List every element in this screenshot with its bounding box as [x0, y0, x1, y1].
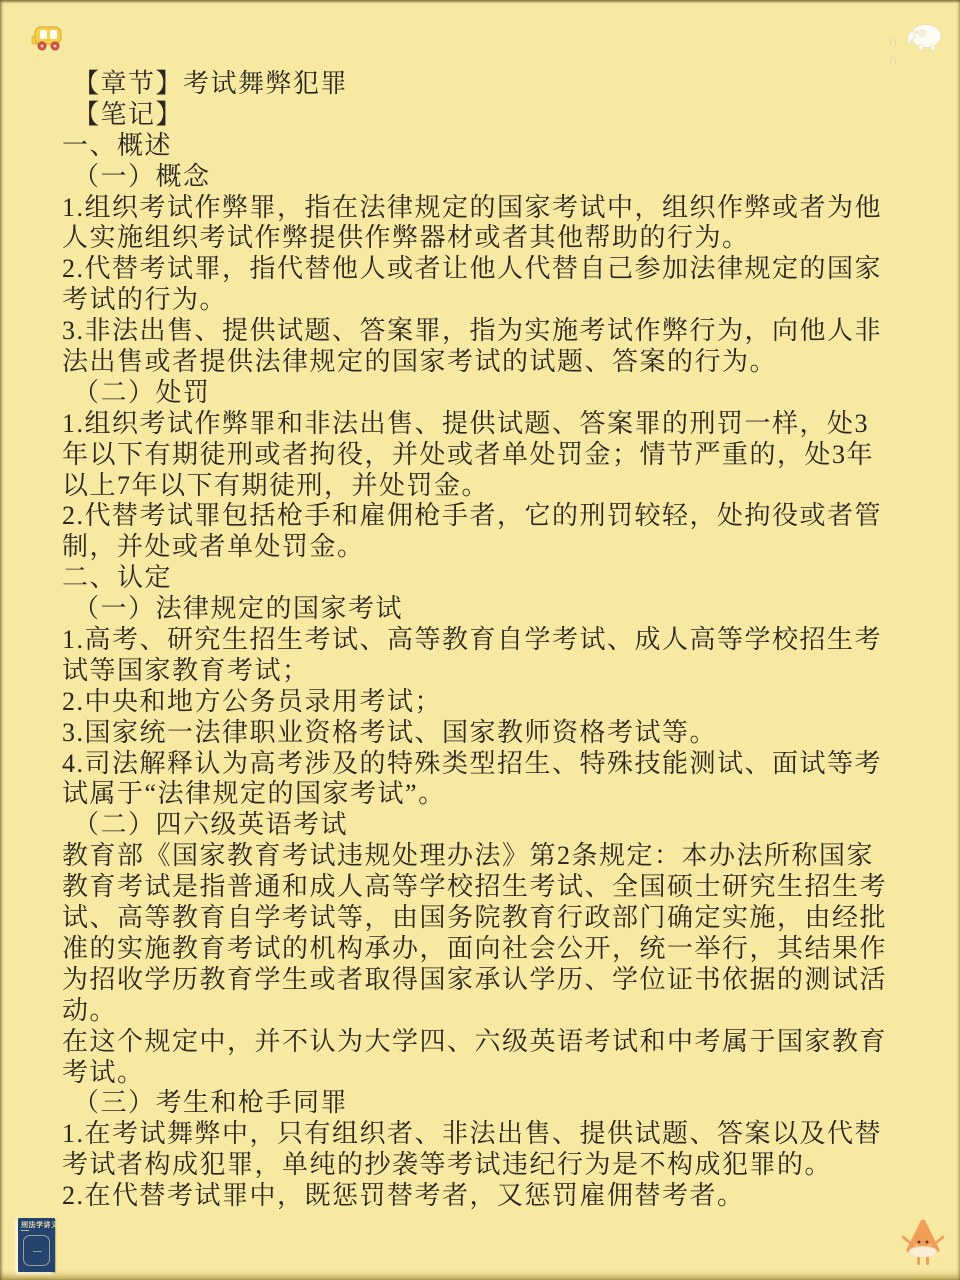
- text-line: 4.司法解释认为高考涉及的特殊类型招生、特殊技能测试、面试等考: [62, 749, 930, 780]
- text-line: 3.非法出售、提供试题、答案罪，指为实施考试作弊行为，向他人非: [62, 316, 930, 347]
- text-line: （二）处罚: [62, 378, 930, 409]
- text-line: 2.中央和地方公务员录用考试；: [62, 687, 930, 718]
- text-line: 为招收学历教育学生或者取得国家承认学历、学位证书依据的测试活: [62, 965, 930, 996]
- text-line: 1.高考、研究生招生考试、高等教育自学考试、成人高等学校招生考: [62, 625, 930, 656]
- text-line: 准的实施教育考试的机构承办，面向社会公开，统一举行，其结果作: [62, 934, 930, 965]
- text-line: 考试的行为。: [62, 285, 930, 316]
- text-line: 一、概述: [62, 131, 930, 162]
- text-line: 以上7年以下有期徒刑，并处罚金。: [62, 471, 930, 502]
- text-line: 【章节】考试舞弊犯罪: [62, 69, 930, 100]
- text-line: （三）考生和枪手同罪: [62, 1088, 930, 1119]
- text-line: 3.国家统一法律职业资格考试、国家教师资格考试等。: [62, 718, 930, 749]
- notes-page: 【章节】考试舞弊犯罪【笔记】一、概述（一）概念1.组织考试作弊罪，指在法律规定的…: [0, 0, 960, 1280]
- text-line: 动。: [62, 996, 930, 1027]
- text-line: 2.代替考试罪包括枪手和雇佣枪手者，它的刑罚较轻，处拘役或者管: [62, 501, 930, 532]
- triangle-mascot-icon: [900, 1215, 946, 1276]
- text-line: 考试者构成犯罪，单纯的抄袭等考试违纪行为是不构成犯罪的。: [62, 1150, 930, 1181]
- text-line: （一）法律规定的国家考试: [62, 594, 930, 625]
- text-line: 1.组织考试作弊罪和非法出售、提供试题、答案罪的刑罚一样，处3: [62, 409, 930, 440]
- toy-car-icon: [29, 21, 65, 62]
- text-line: 教育考试是指普通和成人高等学校招生考试、全国硕士研究生招生考: [62, 872, 930, 903]
- text-line: 法出售或者提供法律规定的国家考试的试题、答案的行为。: [62, 347, 930, 378]
- text-line: 制，并处或者单处罚金。: [62, 532, 930, 563]
- text-line: 试属于“法律规定的国家考试”。: [62, 779, 930, 810]
- text-line: 教育部《国家教育考试违规处理办法》第2条规定：本办法所称国家: [62, 841, 930, 872]
- law-book-cover: 刑法学讲义: [18, 1218, 55, 1272]
- text-line: 1.在考试舞弊中，只有组织者、非法出售、提供试题、答案以及代替: [62, 1119, 930, 1150]
- text-line: 试等国家教育考试；: [62, 656, 930, 687]
- text-line: 试、高等教育自学考试等，由国务院教育行政部门确定实施，由经批: [62, 903, 930, 934]
- text-line: （一）概念: [62, 162, 930, 193]
- watermark-marks: [890, 33, 902, 41]
- elephant-icon: [902, 21, 944, 58]
- book-subtitle-mark: [21, 1230, 29, 1231]
- text-line: 年以下有期徒刑或者拘役，并处或者单处罚金；情节严重的，处3年: [62, 440, 930, 471]
- text-line: （二）四六级英语考试: [62, 810, 930, 841]
- book-cover-frame: [23, 1235, 50, 1266]
- text-line: 2.在代替考试罪中，既惩罚替考者，又惩罚雇佣替考者。: [62, 1181, 930, 1212]
- text-line: 【笔记】: [62, 100, 930, 131]
- text-line: 2.代替考试罪，指代替他人或者让他人代替自己参加法律规定的国家: [62, 254, 930, 285]
- book-title-label: 刑法学讲义: [21, 1221, 59, 1229]
- text-line: 二、认定: [62, 563, 930, 594]
- note-lines: 【章节】考试舞弊犯罪【笔记】一、概述（一）概念1.组织考试作弊罪，指在法律规定的…: [62, 69, 930, 1212]
- text-line: 考试。: [62, 1058, 930, 1089]
- text-line: 人实施组织考试作弊提供作弊器材或者其他帮助的行为。: [62, 223, 930, 254]
- text-line: 1.组织考试作弊罪，指在法律规定的国家考试中，组织作弊或者为他: [62, 193, 930, 224]
- text-line: 在这个规定中，并不认为大学四、六级英语考试和中考属于国家教育: [62, 1027, 930, 1058]
